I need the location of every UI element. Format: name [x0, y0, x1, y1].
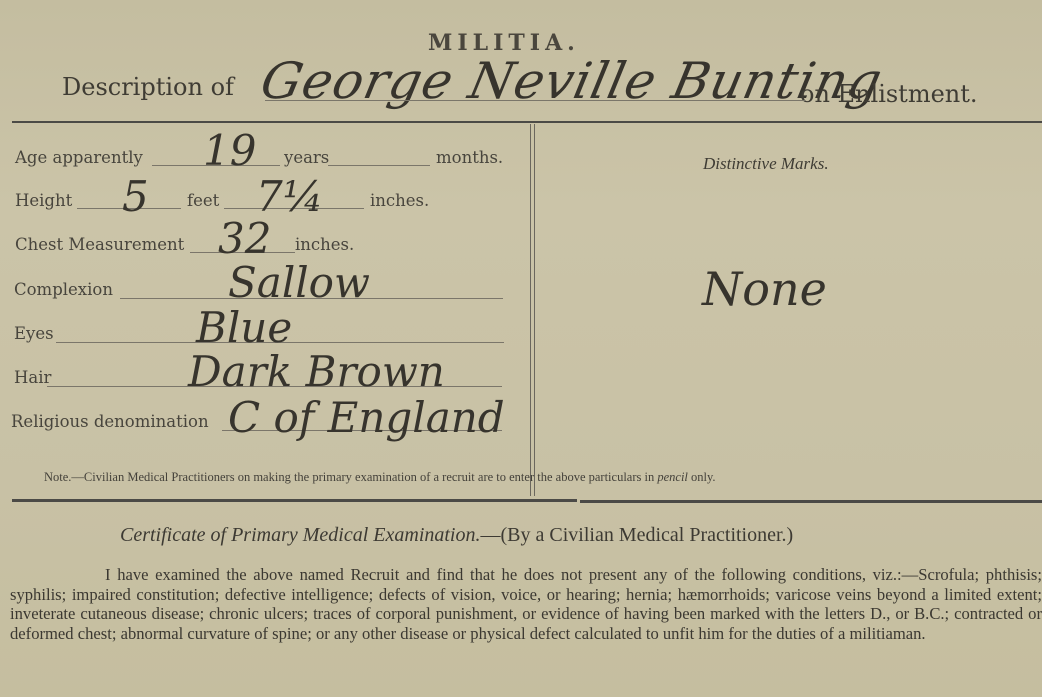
certificate-title-italic: Certificate of Primary Medical Examinati…	[120, 524, 481, 546]
bottom-divider-left	[12, 499, 577, 502]
bottom-divider-right	[580, 500, 1042, 503]
chest-label: Chest Measurement	[15, 235, 184, 254]
age-years-value: 19	[203, 126, 256, 175]
religion-value: C of England	[228, 393, 505, 442]
description-suffix: on Enlistment.	[800, 80, 978, 108]
certificate-title: Certificate of Primary Medical Examinati…	[120, 524, 793, 547]
height-label: Height	[15, 191, 72, 210]
complexion-label: Complexion	[14, 280, 113, 299]
note-prefix: Note.—Civilian Medical Practitioners on …	[44, 470, 654, 484]
inches-label: inches.	[370, 191, 429, 210]
distinctive-marks-label: Distinctive Marks.	[703, 154, 829, 174]
recruit-name: George Neville Bunting	[256, 52, 888, 110]
eyes-value: Blue	[196, 303, 292, 352]
religion-label: Religious denomination	[11, 412, 209, 431]
months-label: months.	[436, 148, 503, 167]
eyes-label: Eyes	[14, 324, 54, 343]
top-divider	[12, 121, 1042, 123]
hair-label: Hair	[14, 368, 51, 387]
months-line	[328, 165, 430, 166]
note-suffix: only.	[691, 470, 716, 484]
certificate-body: I have examined the above named Recruit …	[10, 565, 1042, 643]
certificate-title-plain: —(By a Civilian Medical Practitioner.)	[481, 524, 794, 546]
complexion-value: Sallow	[228, 258, 370, 307]
years-label: years	[284, 148, 329, 167]
column-divider-2	[534, 124, 535, 496]
height-feet-value: 5	[122, 172, 149, 221]
name-underline	[265, 100, 805, 101]
certificate-body-text: I have examined the above named Recruit …	[10, 565, 1042, 643]
hair-value: Dark Brown	[188, 347, 445, 396]
description-prefix: Description of	[62, 73, 234, 101]
age-label: Age apparently	[15, 148, 143, 167]
feet-label: feet	[187, 191, 219, 210]
distinctive-marks-value: None	[702, 262, 827, 316]
chest-value: 32	[218, 214, 271, 263]
column-divider	[530, 124, 531, 496]
chest-inches-label: inches.	[295, 235, 354, 254]
note-text: Note.—Civilian Medical Practitioners on …	[44, 470, 716, 485]
note-emphasis: pencil	[657, 470, 688, 484]
